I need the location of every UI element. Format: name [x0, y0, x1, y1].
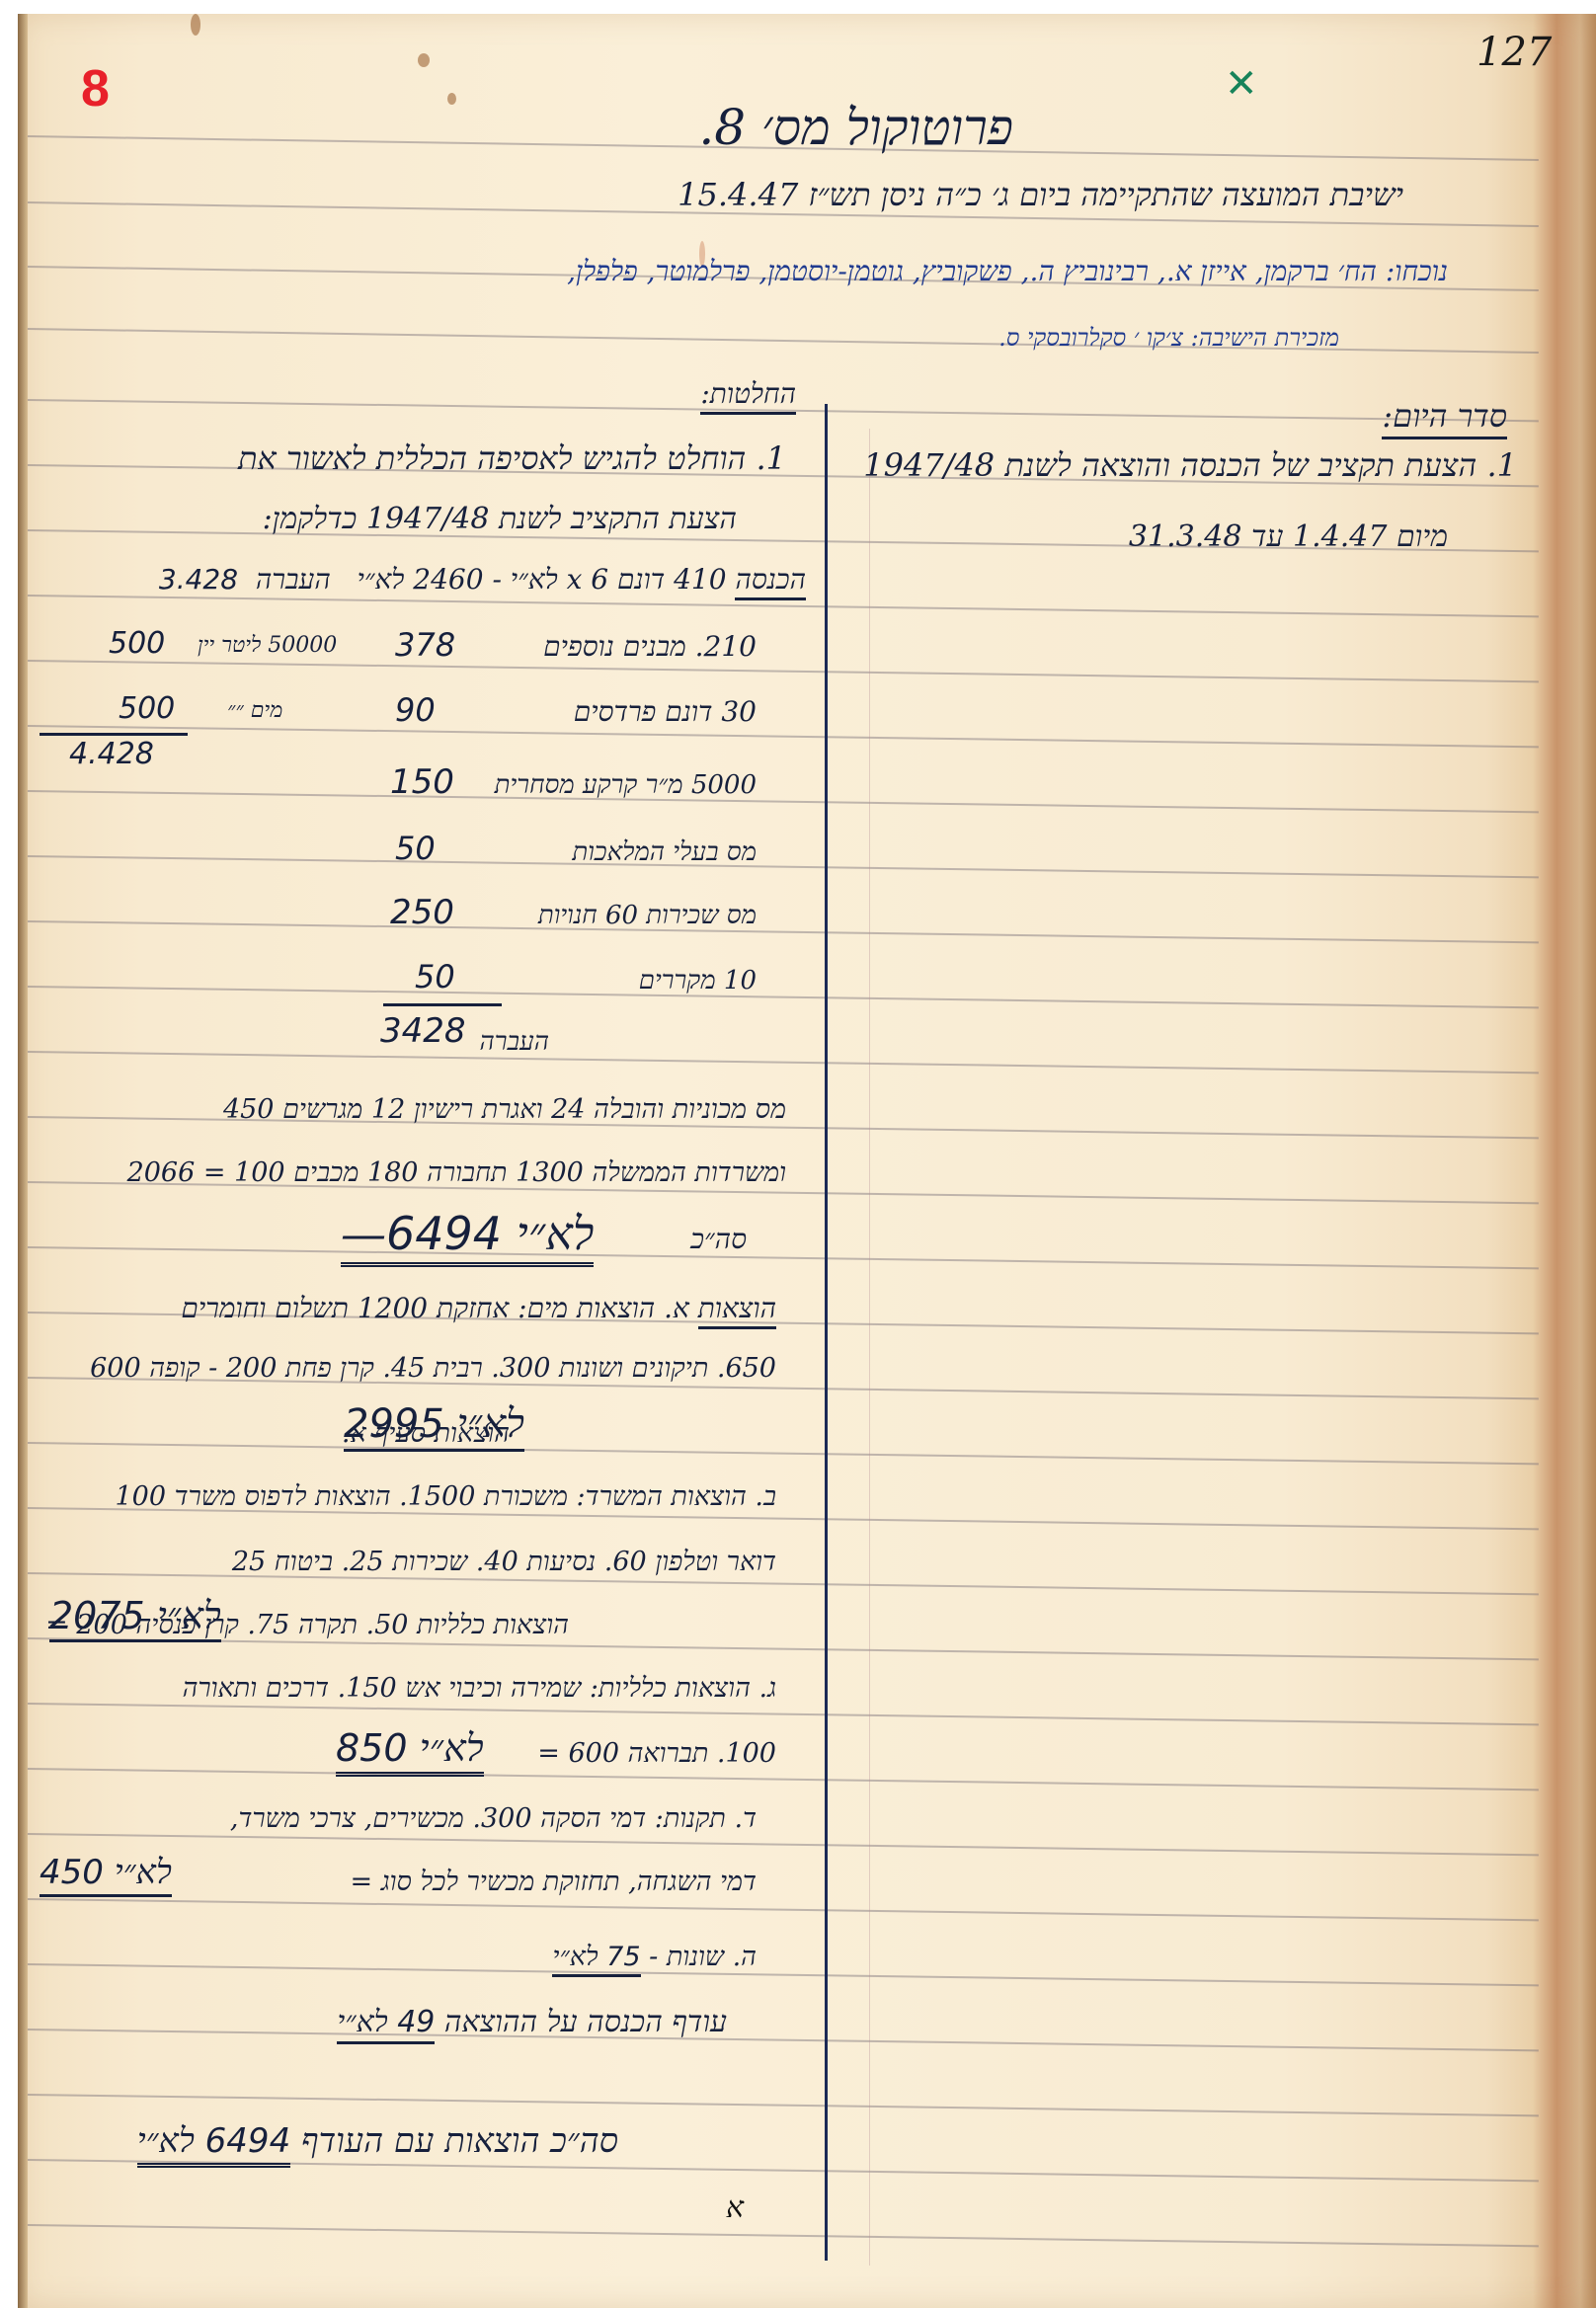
side-total: 4.428 [69, 737, 154, 771]
income-row-amount: 50 [395, 830, 436, 867]
meeting-line: ישיבת המועצה שהתקיימה ביום ג׳ כ״ה ניסן ת… [678, 176, 1403, 213]
protocol-title: פרוטוקול מס׳ 8. [698, 99, 1013, 156]
income-subtotal-label: העברה [480, 1027, 549, 1057]
decision-1-title: 1. הוחלט להגיש לאסיפה הכללית לאשור את [238, 439, 786, 477]
income-row-amount: 378 [395, 626, 455, 664]
paper-stain [418, 53, 430, 67]
page-number: 127 [1476, 30, 1552, 75]
decision-1-title-cont: הצעת התקציב לשנת 1947/48 כדלקמן: [263, 502, 737, 536]
grand-total-value: 6494 [205, 2121, 291, 2161]
income-row-note-value: 500 [109, 626, 165, 661]
expense-b-line-2: דואר וטלפון 60. נסיעות 40. שכירות 25. בי… [232, 1547, 776, 1577]
expense-d-total: לא״י 450 [40, 1853, 172, 1892]
footer-mark: א [726, 2190, 744, 2225]
total-label: סה״כ [690, 1223, 747, 1256]
attendees-line: נוכחו: הח׳ ברקמן, אייזן א., רבינוביץ ה.,… [567, 255, 1448, 288]
rule-line [28, 660, 1539, 682]
attendees-label: נוכחו: [1386, 255, 1448, 287]
income-row: מס שכירות 60 חנויות [538, 901, 757, 930]
income-row-note: מים ״״ [227, 697, 282, 723]
decisions-heading: החלטות: [700, 377, 796, 411]
expense-d-line-2: דמי השגחה, תחזוקת מכשיר לכל סוג = [351, 1867, 757, 1897]
carry-value: 3.428 [159, 563, 238, 596]
rule-line [28, 1637, 1539, 1660]
income-total-value: 6494 [386, 1207, 502, 1260]
rule-line [28, 986, 1539, 1008]
expense-d-line-1: ד. תקנות: דמי הסקה 300. מכשירים, צרכי מש… [230, 1803, 757, 1834]
margin-rule [869, 429, 870, 2266]
rule-line [28, 2224, 1539, 2247]
income-row: 10 מקררים [639, 966, 757, 995]
rule-line [28, 1768, 1539, 1791]
rule-line [28, 2029, 1539, 2051]
sum-line [40, 733, 188, 736]
income-row: 30 דונם פרדסים [574, 695, 757, 729]
rule-line [28, 1246, 1539, 1269]
page-sequence-marker: 8 [81, 59, 110, 119]
expense-a-line-1: הוצאות א. הוצאות מים: אחזקת 1200 תשלום ו… [181, 1292, 776, 1325]
expense-b-total: לא״י 2075 [49, 1594, 221, 1638]
income-total: לא״י 6494— [341, 1207, 594, 1260]
paper-stain [447, 93, 456, 105]
rule-line [28, 725, 1539, 748]
income-row-note: 50000 ליטר יין [198, 632, 337, 658]
income-row: 5000 מ״ר קרקע מסחרית [495, 770, 757, 800]
income-label: הכנסה [735, 563, 806, 600]
income-row-amount: 250 [390, 893, 454, 932]
agenda-item-number: 1. [1486, 446, 1517, 484]
attendees-names: הח׳ ברקמן, אייזן א., רבינוביץ ה., פשקובי… [567, 255, 1377, 287]
rule-line [28, 1963, 1539, 1986]
rule-line [28, 1703, 1539, 1725]
paper-stain [191, 14, 200, 36]
other-income-line-1: מס מכוניות והובלה 24 ואגרת רישיון 12 מגר… [223, 1094, 786, 1125]
expense-b-line-1: ב. הוצאות המשרד: משכורת 1500. הוצאות לדפ… [115, 1481, 776, 1512]
bleed-through-text [1412, 1422, 1418, 1457]
other-income-line-2: ומשרדות הממשלה 1300 תחבורה 180 מכבים 100… [127, 1157, 786, 1188]
expense-a-total: לא״י 2995 [344, 1400, 524, 1447]
column-divider [825, 404, 828, 2261]
income-row-amount: 150 [390, 762, 454, 802]
expenses-label: הוצאות [698, 1292, 776, 1329]
rule-line [28, 1442, 1539, 1465]
rule-line [28, 855, 1539, 878]
rule-line [28, 1898, 1539, 1921]
expense-a-line-2: 650. תיקונים ושונות 300. רבית 45. קרן פח… [90, 1353, 776, 1384]
surplus-line: עודף הכנסה על ההוצאה 49 לא״י [337, 2005, 727, 2039]
expense-c-line-1: ג. הוצאות כלליות: שמירה וכיבוי אש 150. ד… [183, 1673, 776, 1704]
income-row-amount: 50 [415, 958, 455, 995]
income-subtotal: 3428 [380, 1011, 466, 1051]
sum-line [383, 1003, 502, 1006]
rule-line [28, 1051, 1539, 1074]
agenda-heading: סדר היום: [1382, 397, 1507, 435]
rule-line [28, 920, 1539, 943]
agenda-item-1: 1. הצעת תקציב של הכנסה והוצאה לשנת 1947/… [863, 446, 1517, 484]
secretary-label: מזכירת הישיבה: [1191, 324, 1339, 352]
rule-line [28, 1833, 1539, 1856]
check-mark-icon: ✕ [1225, 61, 1258, 107]
page-binding-edge [18, 14, 28, 2308]
grand-total-line: סה״כ הוצאות עם העודף 6494 לא״י [137, 2121, 618, 2161]
expense-c-line-2: 100. תברואה 600 = [537, 1738, 776, 1769]
income-row: 210. מבנים נוספים [543, 630, 757, 664]
income-row: מס בעלי המלאכות [572, 837, 757, 867]
income-first-line: הכנסה 410 דונם x 6 לא״י - 2460 לא״י העבר… [159, 563, 806, 597]
rule-line [28, 790, 1539, 813]
rule-line [28, 2094, 1539, 2116]
expense-e-line: ה. שונות - 75 לא״י [552, 1942, 757, 1972]
secretary-line: מזכירת הישיבה: צ׳קו ׳ סקלרובסקי ס. [998, 324, 1339, 353]
income-row-note-value: 500 [119, 691, 175, 726]
income-row-amount: 90 [395, 691, 436, 729]
agenda-item-1-dates: מיום 1.4.47 עד 31.3.48 [1129, 519, 1448, 554]
expense-c-total: לא״י 850 [336, 1726, 484, 1771]
secretary-name: צ׳קו ׳ סקלרובסקי ס. [998, 324, 1183, 352]
agenda-item-text: הצעת תקציב של הכנסה והוצאה לשנת 1947/48 [863, 446, 1476, 484]
